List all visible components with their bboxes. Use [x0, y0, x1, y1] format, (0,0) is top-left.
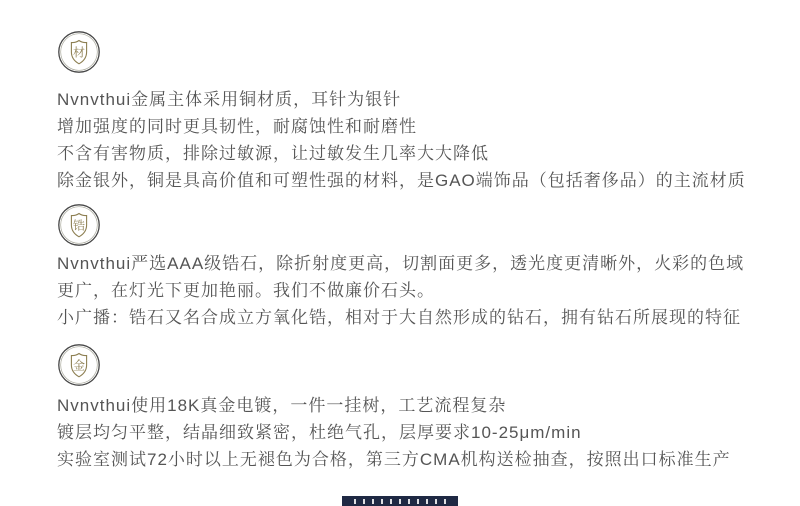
section-plating: 金 Nvnvthui使用18K真金电镀，一件一挂树，工艺流程复杂 镀层均匀平整，…: [57, 343, 760, 473]
text-line: 小广播：锆石又名合成立方氧化锆，相对于大自然形成的钻石，拥有钻石所展现的特征: [57, 304, 760, 331]
product-description-page: 材 Nvnvthui金属主体采用铜材质，耳针为银针 增加强度的同时更具韧性，耐腐…: [0, 30, 800, 473]
zircon-text-block: Nvnvthui严选AAA级锆石，除折射度更高，切割面更多，透光度更清晰外，火彩…: [57, 250, 760, 331]
text-line: Nvnvthui金属主体采用铜材质，耳针为银针: [57, 86, 760, 113]
gold-character: 金: [73, 358, 85, 373]
section-zircon: 锆 Nvnvthui严选AAA级锆石，除折射度更高，切割面更多，透光度更清晰外，…: [57, 203, 760, 331]
shield-badge-gold-icon: 金: [57, 343, 101, 387]
next-section-banner-cut-off: [342, 496, 458, 506]
text-line: Nvnvthui使用18K真金电镀，一件一挂树，工艺流程复杂: [57, 392, 760, 419]
material-text-block: Nvnvthui金属主体采用铜材质，耳针为银针 增加强度的同时更具韧性，耐腐蚀性…: [57, 86, 760, 194]
section-material: 材 Nvnvthui金属主体采用铜材质，耳针为银针 增加强度的同时更具韧性，耐腐…: [57, 30, 760, 194]
text-line: 更广，在灯光下更加艳丽。我们不做廉价石头。: [57, 277, 760, 304]
shield-badge-material-icon: 材: [57, 30, 101, 74]
text-line: 实验室测试72小时以上无褪色为合格，第三方CMA机构送检抽查，按照出口标准生产: [57, 446, 760, 473]
zircon-character: 锆: [73, 218, 85, 233]
text-line: Nvnvthui严选AAA级锆石，除折射度更高，切割面更多，透光度更清晰外，火彩…: [57, 250, 760, 277]
text-line: 除金银外，铜是具高价值和可塑性强的材料，是GAO端饰品（包括奢侈品）的主流材质: [57, 167, 760, 194]
text-line: 增加强度的同时更具韧性，耐腐蚀性和耐磨性: [57, 113, 760, 140]
text-line: 镀层均匀平整，结晶细致紧密，杜绝气孔，层厚要求10-25μm/min: [57, 419, 760, 446]
shield-badge-zircon-icon: 锆: [57, 203, 101, 247]
plating-text-block: Nvnvthui使用18K真金电镀，一件一挂树，工艺流程复杂 镀层均匀平整，结晶…: [57, 392, 760, 473]
text-line: 不含有害物质，排除过敏源，让过敏发生几率大大降低: [57, 140, 760, 167]
banner-partial-text: [354, 499, 446, 504]
material-character: 材: [73, 45, 85, 60]
